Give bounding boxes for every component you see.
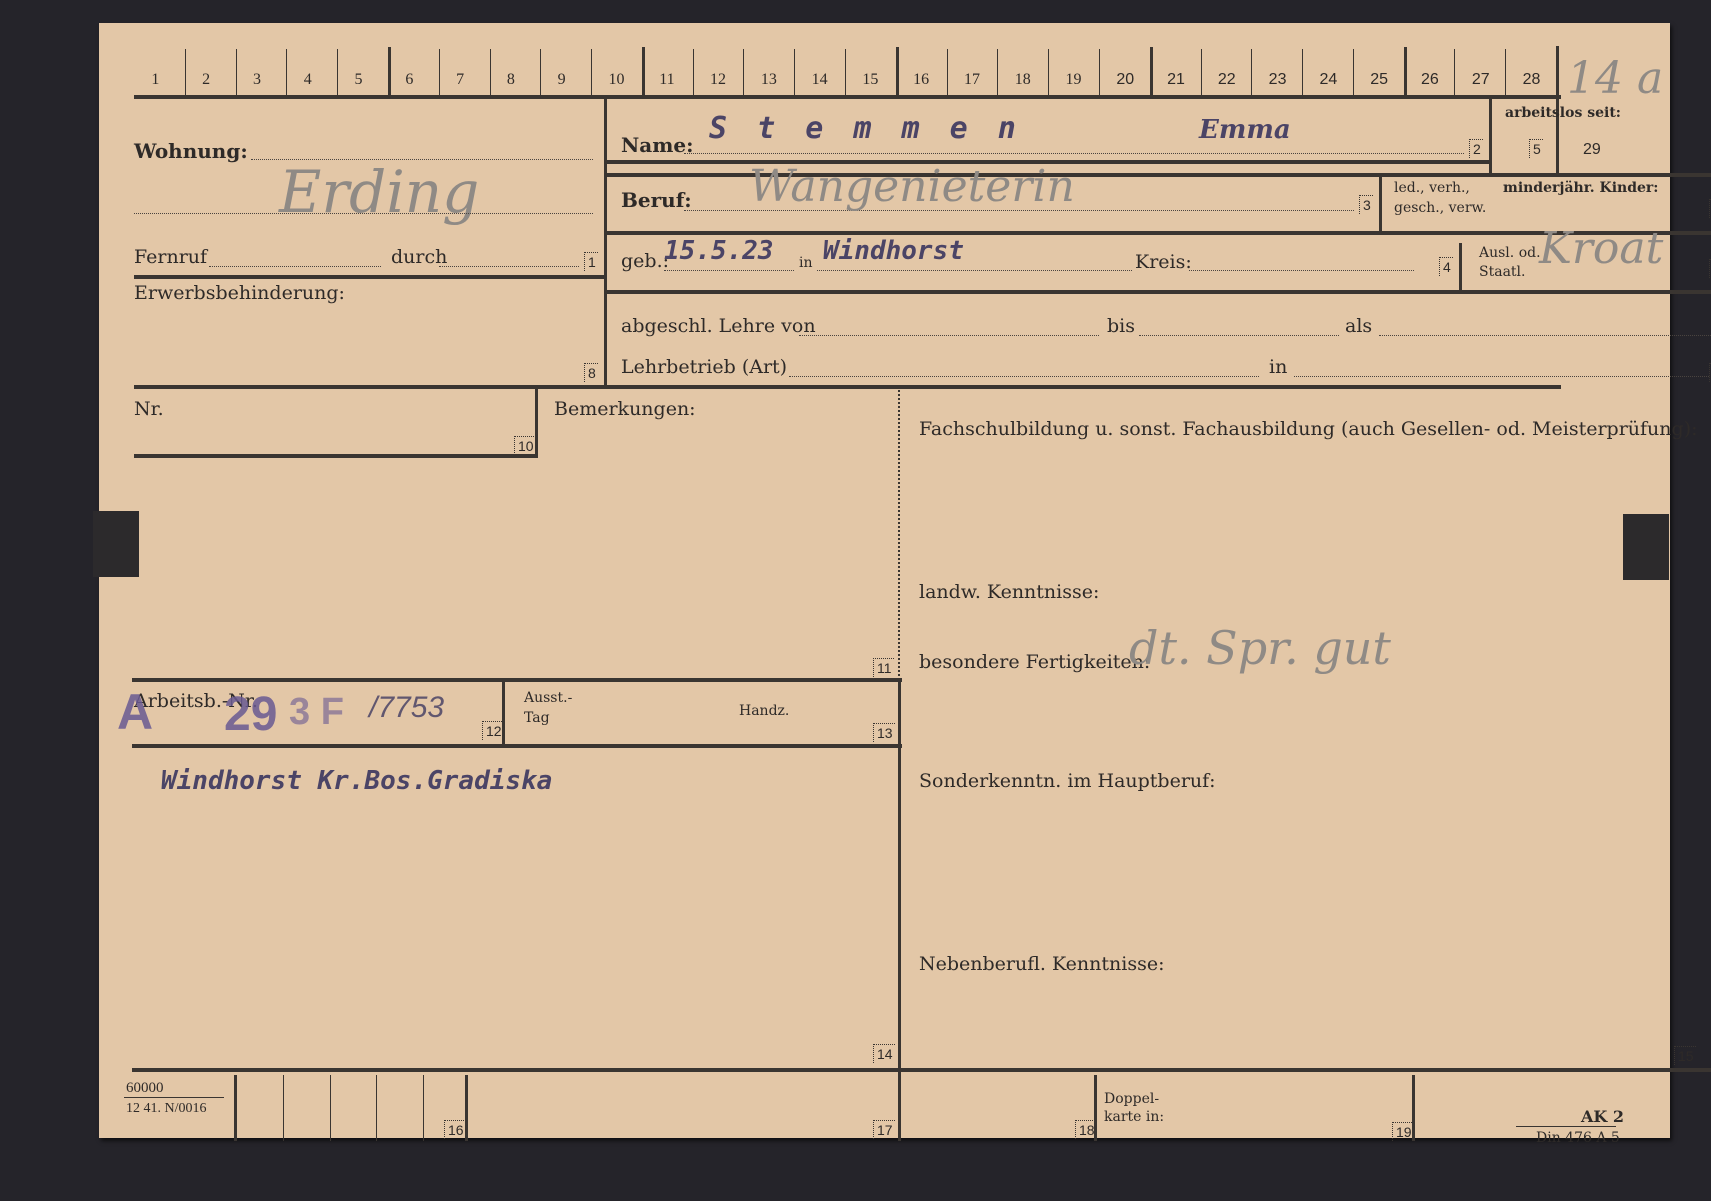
erwerbsbehinderung-label: Erwerbsbehinderung: [134,282,345,304]
ruler-tick [845,49,846,95]
doppelkarte-label-line1: Doppel- [1104,1091,1159,1107]
fernruf-input-line[interactable] [209,266,381,267]
ruler-tick [490,49,491,95]
field-number-1: 1 [584,252,598,271]
ruler-tick [1505,49,1506,95]
sonder-label: Sonderkenntn. im Hauptberuf: [919,770,1216,792]
name-label: Name: [621,133,694,157]
lehrbetrieb-input-line[interactable] [789,376,1259,377]
ruler-tick [693,49,694,95]
ruler-tick [1353,49,1354,95]
ruler-tick [1302,49,1303,95]
beruf-label: Beruf: [621,188,692,212]
ruler-number: 18 [1015,71,1031,89]
lehrbetrieb-in-input-line[interactable] [1294,376,1709,377]
ruler-tick [1048,49,1049,95]
field-number-5: 5 [1529,139,1543,158]
bemerkungen-label: Bemerkungen: [554,398,696,420]
field-number-14: 14 [873,1044,895,1063]
ruler-number: 6 [405,71,413,89]
geb-in-label: in [799,255,813,271]
ruler-number: 22 [1218,71,1236,89]
fachschul-label: Fachschulbildung u. sonst. Fachausbildun… [919,418,1698,440]
name-input-line[interactable] [684,153,1464,154]
ausst-label-line1: Ausst.- [524,690,572,706]
geb-label: geb.: [621,250,669,272]
ruler-number: 16 [913,71,929,89]
kreis-input-line[interactable] [1189,270,1414,271]
ruler-number: 9 [558,71,566,89]
form-id: AK 2 [1581,1107,1624,1126]
staatl-label-line2: Staatl. [1479,264,1525,280]
ruler-tick [997,49,998,95]
ruler-number: 27 [1472,71,1490,89]
ruler-number: 19 [1066,71,1082,89]
wohnung-value: Erding [279,158,479,226]
lehre-bis-label: bis [1107,315,1135,337]
divider [502,680,505,745]
ruler-number: 17 [964,71,980,89]
divider [535,387,538,457]
firstname-value: Emma [1199,115,1291,145]
din-format: Din 476 A 5 [1536,1130,1620,1146]
ruler-number: 2 [202,71,210,89]
wohnung-label: Wohnung: [134,139,248,163]
divider [1379,173,1382,235]
field-number-13: 13 [873,723,895,742]
stamp-number: 29 [224,687,277,742]
lehre-als-label: als [1345,315,1372,337]
nationality-value: Kroat [1539,223,1663,274]
registration-card: 14 a 29 Wohnung: Erding Fernruf durch 1 … [99,23,1670,1138]
ruler-number: 3 [253,71,261,89]
ruler-number: 12 [710,71,726,89]
divider [465,1075,468,1141]
handz-label: Handz. [739,703,789,719]
ruler-tick [642,47,645,95]
ruler-number: 15 [862,71,878,89]
pencil-note: 14 a [1567,53,1663,104]
ruler-number: 10 [608,71,624,89]
divider [604,290,1711,294]
lehrbetrieb-label: Lehrbetrieb (Art) [621,356,787,378]
divider [132,678,902,682]
field-number-12: 12 [482,721,504,740]
field-number-15: 15 [1674,1046,1696,1065]
print-run: 60000 [126,1080,164,1097]
ruler-tick [388,47,391,95]
kreis-label: Kreis: [1135,251,1192,273]
birth-date-value: 15.5.23 [664,236,774,266]
ruler-tick [794,49,795,95]
ruler-number: 1 [151,71,159,89]
ruler-tick [236,49,237,95]
ruler-tick [1099,49,1100,95]
dotted-divider [898,387,900,680]
ruler-tick [896,47,899,95]
surname-value: S t e m m e n [709,111,1022,146]
ruler-tick [1404,47,1407,95]
divider [376,1075,377,1141]
fertigkeiten-value: dt. Spr. gut [1129,621,1391,675]
divider [898,1068,901,1141]
divider [234,1075,237,1141]
ruler-tick [1201,49,1202,95]
field-number-10: 10 [514,436,536,455]
typed-address: Windhorst Kr.Bos.Gradiska [161,766,552,796]
lehre-als-input-line[interactable] [1379,335,1711,336]
print-code: 12 41. N/0016 [126,1101,207,1117]
ruler-tick [1150,47,1153,95]
divider [283,1075,284,1141]
divider [134,275,607,279]
ruler-number: 24 [1319,71,1337,89]
field-number-8: 8 [584,363,598,382]
ruler-tick [591,49,592,95]
ruler-baseline [134,95,1561,99]
landw-label: landw. Kenntnisse: [919,581,1099,603]
stamp-suffix: 3 F [289,691,344,734]
wohnung-input-line-2[interactable] [134,213,593,214]
divider [134,454,538,458]
ruler-tick [743,49,744,95]
ruler-tick [286,49,287,95]
doppelkarte-label-line2: karte in: [1104,1109,1164,1125]
field-number-16: 16 [444,1120,466,1139]
section-divider [898,678,901,1068]
ruler-number: 20 [1116,71,1134,89]
staatl-label-line1: Ausl. od. [1479,245,1541,261]
ruler-number: 25 [1370,71,1388,89]
field-number-3: 3 [1359,195,1373,214]
kinder-label: minderjähr. Kinder: [1503,180,1658,196]
ruler-number: 13 [761,71,777,89]
fertigkeiten-label: besondere Fertigkeiten: [919,651,1150,673]
ruler-number: 14 [812,71,828,89]
divider [1516,1126,1616,1127]
divider [132,744,902,748]
ruler-number: 4 [304,71,312,89]
nebenberuf-label: Nebenberufl. Kenntnisse: [919,953,1165,975]
divider [1489,95,1492,177]
divider [1412,1075,1415,1141]
ruler-tick [337,49,338,95]
field-number-4: 4 [1439,257,1453,276]
marital-status-line2: gesch., verw. [1394,200,1486,216]
ruler-number: 5 [355,71,363,89]
beruf-value: Wangenieterin [749,161,1075,212]
divider [423,1075,424,1141]
field-number-11: 11 [873,658,894,677]
divider [124,1097,224,1098]
ruler-tick [947,49,948,95]
field-number-2: 2 [1469,139,1483,158]
ruler-number: 26 [1421,71,1439,89]
field-number-19: 19 [1392,1122,1414,1141]
divider [1094,1075,1097,1141]
lehre-label: abgeschl. Lehre von [621,315,816,337]
durch-label: durch [391,246,447,268]
ruler-number: 11 [659,71,674,89]
ruler-number: 7 [456,71,464,89]
fernruf-label: Fernruf [134,246,207,268]
lehre-bis-input-line[interactable] [1139,335,1339,336]
ruler-number: 21 [1167,71,1185,89]
field-29-label: 29 [1583,141,1601,159]
ruler-tick [185,49,186,95]
birthplace-value: Windhorst [823,236,964,266]
ruler-tick [1454,49,1455,95]
stamp-letter: A [117,683,153,741]
marital-status-line1: led., verh., [1394,180,1470,196]
field-number-17: 17 [873,1120,895,1139]
ruler-number: 28 [1523,71,1541,89]
birthplace-input-line[interactable] [817,270,1132,271]
ruler-tick [540,49,541,95]
ruler-tick [439,49,440,95]
divider [330,1075,331,1141]
punch-notch-right [1623,514,1669,580]
section-divider [604,95,607,385]
footer-divider [132,1068,1711,1072]
nr-label: Nr. [134,398,164,420]
lehrbetrieb-in-label: in [1269,356,1287,378]
lehre-von-input-line[interactable] [799,335,1099,336]
ruler-number: 23 [1269,71,1287,89]
ruler-tick [1251,49,1252,95]
ausst-label-line2: Tag [524,710,550,726]
divider [1459,243,1462,293]
arbeitsbuch-number: /7753 [369,691,444,725]
divider [134,385,1561,389]
durch-input-line[interactable] [439,266,579,267]
ruler-number: 8 [507,71,515,89]
arbeitslos-label: arbeitslos seit: [1505,105,1621,121]
geb-input-line[interactable] [664,270,794,271]
punch-notch-left [93,511,139,577]
